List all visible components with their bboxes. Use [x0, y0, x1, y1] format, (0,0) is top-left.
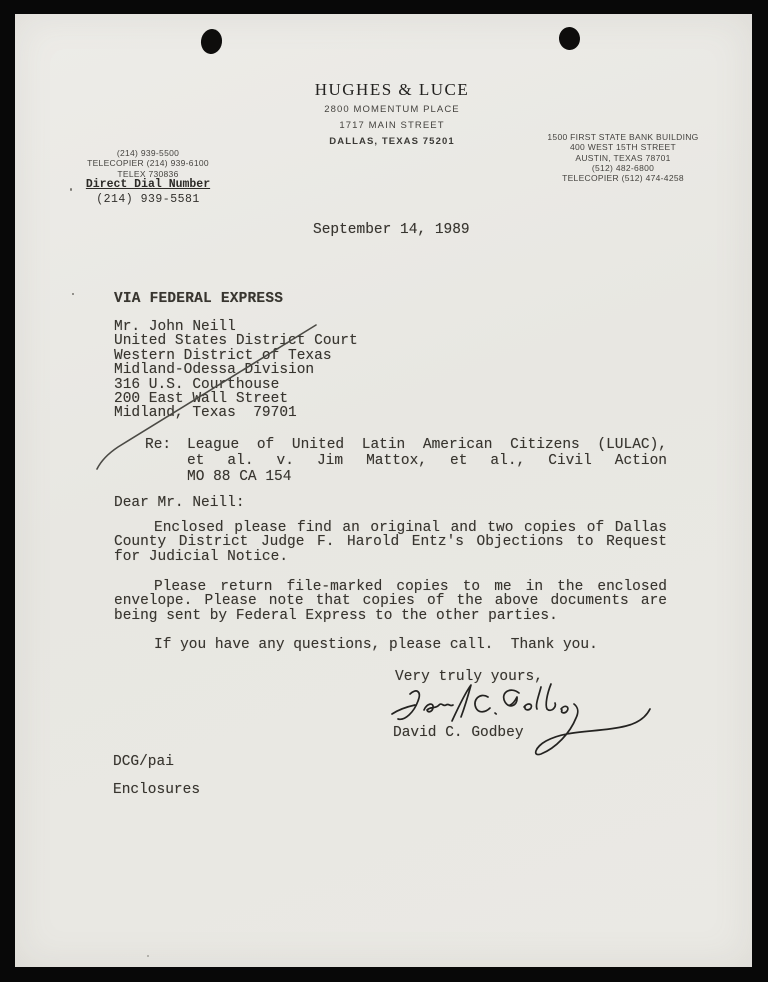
body-paragraph-2: Please return file-marked copies to me i…	[114, 580, 667, 623]
paper: HUGHES & LUCE 2800 MOMENTUM PLACE1717 MA…	[15, 14, 752, 967]
text-line: (214) 939-5500	[73, 148, 223, 158]
text-line: 2800 MOMENTUM PLACE	[192, 102, 592, 118]
text-line: 400 WEST 15TH STREET	[533, 142, 713, 152]
scan-background: HUGHES & LUCE 2800 MOMENTUM PLACE1717 MA…	[0, 0, 768, 982]
direct-dial-number: (214) 939-5581	[73, 193, 223, 206]
body-paragraph-3: If you have any questions, please call. …	[114, 638, 667, 652]
typed-signer-name: David C. Godbey	[393, 726, 524, 740]
text-line: 1500 FIRST STATE BANK BUILDING	[533, 132, 713, 142]
punch-hole-right	[558, 26, 581, 51]
letterhead-address: 2800 MOMENTUM PLACE1717 MAIN STREETDALLA…	[192, 102, 592, 150]
scan-speck	[72, 293, 74, 295]
letterhead-firm-name: HUGHES & LUCE	[192, 80, 592, 100]
pen-strike-mark-icon	[80, 305, 320, 477]
typist-initials: DCG/pai	[113, 755, 174, 769]
text-line: TELECOPIER (214) 939-6100	[73, 158, 223, 168]
text-line: being sent by Federal Express to the oth…	[114, 609, 667, 623]
direct-dial-label: Direct Dial Number	[73, 178, 223, 191]
enclosures-note: Enclosures	[113, 783, 200, 797]
body-paragraph-1: Enclosed please find an original and two…	[114, 521, 667, 564]
text-line: If you have any questions, please call. …	[114, 638, 667, 652]
text-line: 1717 MAIN STREET	[192, 118, 592, 134]
scan-speck	[70, 188, 72, 191]
text-line: DALLAS, TEXAS 75201	[192, 134, 592, 150]
letterhead-dallas-contact: (214) 939-5500TELECOPIER (214) 939-6100T…	[73, 148, 223, 179]
text-line: County District Judge F. Harold Entz's O…	[114, 535, 667, 549]
date-line: September 14, 1989	[313, 223, 470, 237]
scan-speck	[147, 955, 149, 957]
text-line: envelope. Please note that copies of the…	[114, 594, 667, 608]
text-line: (512) 482-6800	[533, 163, 713, 173]
text-line: AUSTIN, TEXAS 78701	[533, 153, 713, 163]
text-line: TELECOPIER (512) 474-4258	[533, 173, 713, 183]
punch-hole-left	[199, 28, 223, 56]
letterhead-austin-contact: 1500 FIRST STATE BANK BUILDING400 WEST 1…	[533, 132, 713, 183]
salutation: Dear Mr. Neill:	[114, 496, 245, 510]
text-line: for Judicial Notice.	[114, 550, 667, 564]
